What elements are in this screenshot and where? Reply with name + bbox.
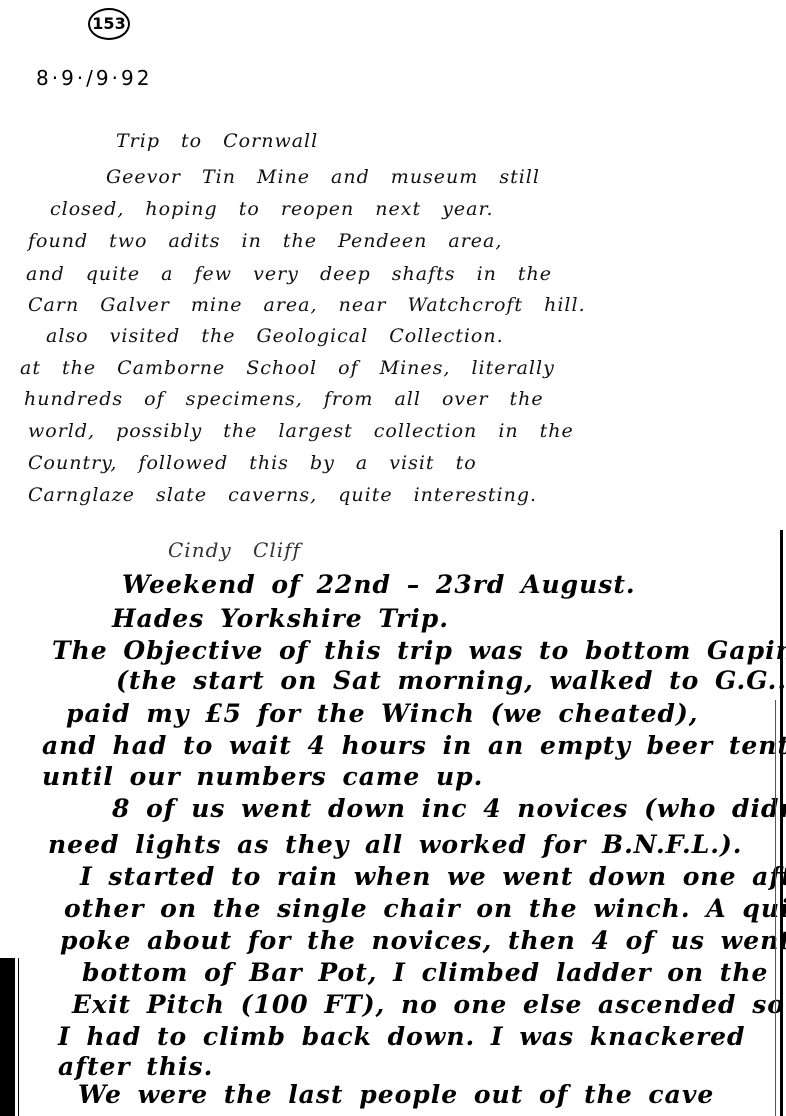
section-subheading-trip: Hades Yorkshire Trip.: [112, 604, 449, 633]
scan-edge-line-right-inner: [775, 700, 776, 1116]
text-line: Exit Pitch (100 FT), no one else ascende…: [72, 990, 785, 1019]
text-line: Carnglaze slate caverns, quite interesti…: [28, 484, 537, 506]
text-line: poke about for the novices, then 4 of us…: [60, 926, 786, 955]
text-line: closed, hoping to reopen next year.: [50, 198, 494, 220]
text-line: found two adits in the Pendeen area,: [28, 230, 502, 252]
text-line: hundreds of specimens, from all over the: [24, 388, 544, 410]
text-line: world, possibly the largest collection i…: [28, 420, 574, 442]
text-line: after this.: [58, 1052, 213, 1081]
text-line: and quite a few very deep shafts in the: [26, 263, 552, 285]
page-number-badge: 153: [88, 8, 130, 40]
text-line: paid my £5 for the Winch (we cheated),: [66, 699, 699, 728]
text-line: Country, followed this by a visit to: [28, 452, 477, 474]
scan-edge-line-left: [18, 958, 19, 1116]
text-line: and had to wait 4 hours in an empty beer…: [42, 731, 786, 760]
scan-edge-line-right: [780, 530, 783, 1116]
text-line: Carn Galver mine area, near Watchcroft h…: [28, 294, 586, 316]
text-line: also visited the Geological Collection.: [46, 325, 504, 347]
section-heading-weekend: Weekend of 22nd – 23rd August.: [122, 570, 636, 599]
section-title-cornwall: Trip to Cornwall: [116, 130, 318, 152]
text-line: bottom of Bar Pot, I climbed ladder on t…: [82, 958, 768, 987]
text-line: Geevor Tin Mine and museum still: [106, 166, 540, 188]
text-line: I had to climb back down. I was knackere…: [58, 1022, 746, 1051]
text-line: other on the single chair on the winch. …: [64, 894, 786, 923]
text-line: at the Camborne School of Mines, literal…: [20, 357, 555, 379]
text-line: until our numbers came up.: [42, 762, 483, 791]
text-line: We were the last people out of the cave: [78, 1080, 714, 1109]
text-line: 8 of us went down inc 4 novices (who did…: [112, 794, 786, 823]
margin-annotation: Cindy Cliff: [168, 538, 301, 562]
text-line: The Objective of this trip was to bottom…: [52, 636, 786, 665]
text-line: (the start on Sat morning, walked to G.G…: [116, 666, 786, 695]
text-line: I started to rain when we went down one …: [80, 862, 786, 891]
document-page: 153 8·9·/9·92 Trip to Cornwall Geevor Ti…: [0, 0, 786, 1116]
entry-date: 8·9·/9·92: [36, 66, 152, 90]
scan-edge-shadow-left: [0, 958, 15, 1116]
text-line: need lights as they all worked for B.N.F…: [48, 830, 743, 859]
